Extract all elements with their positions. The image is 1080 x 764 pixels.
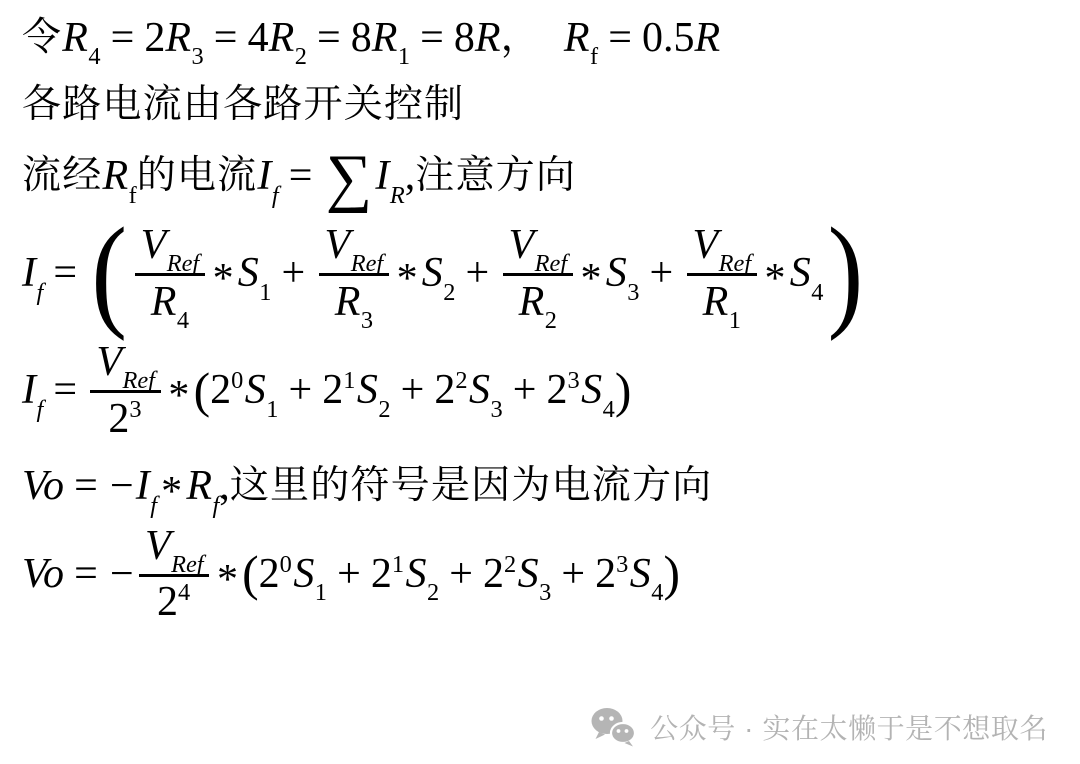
math-var-with-subscript: R1 (703, 277, 741, 327)
superscript: 1 (392, 551, 404, 578)
base: 2 (371, 551, 392, 597)
base: V (692, 222, 718, 268)
superscript: 3 (129, 396, 141, 423)
subscript: 1 (398, 43, 410, 70)
subscript: 2 (427, 579, 439, 606)
math-var-with-subscript: If (22, 247, 43, 300)
numerator: VRef (319, 220, 389, 273)
base: S (790, 250, 811, 296)
math-var-with-subscript: S4 (630, 548, 664, 601)
math-operator: = (289, 150, 313, 203)
denominator: R3 (329, 276, 379, 327)
superscript: 3 (616, 551, 628, 578)
math-operator: = (53, 364, 77, 417)
subscript: 4 (177, 307, 189, 334)
math-var-with-subscript: VRef (145, 521, 204, 571)
superscript: 0 (231, 367, 243, 394)
math-var-with-subscript: S2 (422, 247, 456, 300)
math-text: , (219, 460, 230, 513)
subscript: Ref (167, 250, 199, 277)
base: 2 (595, 551, 616, 597)
chinese-text: ， (501, 14, 541, 63)
base: 2 (108, 396, 129, 442)
fraction: VRefR2 (503, 220, 573, 327)
subscript: f (590, 43, 598, 70)
formula-if-binary-weighted: If=VRef23*(20S1+21S2+22S3+23S4) (22, 337, 1056, 444)
subscript: f (150, 492, 157, 519)
multiply-operator: * (161, 466, 182, 519)
base: S (581, 367, 602, 413)
wechat-icon (588, 706, 640, 748)
fraction: VRefR4 (135, 220, 205, 327)
math-num-with-superscript: 23 (547, 364, 582, 417)
math-var-with-subscript: VRef (692, 220, 751, 270)
watermark-footer: 公众号 · 实在太懒于是不想取名 (22, 706, 1056, 748)
paren: ( (242, 543, 259, 605)
math-operator: + (282, 247, 306, 300)
math-variable: R (475, 12, 501, 65)
base: R (62, 15, 88, 61)
fraction: VRefR1 (687, 220, 757, 327)
subscript: Ref (122, 367, 154, 394)
math-var-with-subscript: S2 (357, 364, 391, 417)
base: R (102, 153, 128, 199)
subscript: 2 (295, 43, 307, 70)
subscript: 3 (627, 279, 639, 306)
base: S (238, 250, 259, 296)
base: I (375, 153, 389, 199)
subscript: 1 (729, 307, 741, 334)
math-var-with-subscript: R1 (372, 12, 410, 65)
math-text: 8 (351, 12, 372, 65)
subscript: 3 (192, 43, 204, 70)
base: S (357, 367, 378, 413)
superscript: 2 (455, 367, 467, 394)
superscript: 4 (178, 579, 190, 606)
numerator: VRef (90, 337, 160, 390)
math-var-with-subscript: VRef (325, 220, 384, 270)
base: V (141, 222, 167, 268)
base: S (245, 367, 266, 413)
denominator: R4 (145, 276, 195, 327)
math-operator: + (466, 247, 490, 300)
math-text: , (405, 150, 416, 203)
base: R (519, 279, 545, 325)
math-operator: = (317, 12, 341, 65)
base: R (186, 463, 212, 509)
line-current-controlled-by-switches: 各路电流由各路开关控制 (22, 81, 1056, 130)
math-num-with-superscript: 21 (371, 548, 406, 601)
subscript: 4 (651, 579, 663, 606)
subscript: 4 (88, 43, 100, 70)
base: S (469, 367, 490, 413)
subscript: f (36, 279, 43, 306)
denominator: 24 (151, 577, 197, 628)
math-text: 8 (454, 12, 475, 65)
fraction: VRefR3 (319, 220, 389, 327)
math-var-with-subscript: R3 (335, 277, 373, 327)
math-var-with-subscript: If (136, 460, 157, 513)
base: V (96, 339, 122, 385)
superscript: 3 (568, 367, 580, 394)
chinese-text: 流经 (22, 152, 102, 201)
multiply-operator: * (581, 253, 602, 306)
subscript: 3 (539, 579, 551, 606)
multiply-operator: * (217, 554, 238, 607)
base: S (606, 250, 627, 296)
subscript: f (36, 396, 43, 423)
math-var-with-subscript: If (257, 150, 278, 203)
superscript: 0 (280, 551, 292, 578)
base: R (372, 15, 398, 61)
big-paren: ) (828, 220, 864, 327)
math-var-with-subscript: R3 (165, 12, 203, 65)
subscript: Ref (535, 250, 567, 277)
subscript: Ref (719, 250, 751, 277)
base: S (293, 551, 314, 597)
base: R (151, 279, 177, 325)
base: 2 (157, 579, 178, 625)
numerator: VRef (135, 220, 205, 273)
subscript: 1 (315, 579, 327, 606)
numerator: VRef (139, 521, 209, 574)
math-var-with-subscript: Rf (564, 12, 598, 65)
math-operator: = (74, 548, 98, 601)
base: I (136, 463, 150, 509)
math-num-with-superscript: 21 (322, 364, 357, 417)
math-num-with-superscript: 23 (108, 394, 143, 444)
math-var-with-subscript: S2 (405, 548, 439, 601)
math-operator: + (401, 364, 425, 417)
base: R (564, 15, 590, 61)
math-var-with-subscript: If (22, 364, 43, 417)
math-var-with-subscript: S4 (581, 364, 615, 417)
big-paren: ( (91, 220, 127, 327)
base: R (269, 15, 295, 61)
slide-page: 令R4=2R3=4R2=8R1=8R，Rf=0.5R 各路电流由各路开关控制 流… (0, 0, 1080, 764)
paren: ) (663, 543, 680, 605)
fraction: VRef23 (90, 337, 160, 444)
formula-vo-final: Vo=−VRef24*(20S1+21S2+22S3+23S4) (22, 521, 1056, 628)
math-var-with-subscript: S1 (245, 364, 279, 417)
math-var-with-subscript: S3 (469, 364, 503, 417)
base: S (630, 551, 651, 597)
chinese-text: 的电流 (137, 152, 258, 201)
math-var-with-subscript: S4 (790, 247, 824, 300)
subscript: f (213, 492, 220, 519)
math-operator: = (420, 12, 444, 65)
math-var-with-subscript: Rf (102, 150, 136, 203)
base: V (145, 523, 171, 569)
math-operator: = (111, 12, 135, 65)
base: V (325, 222, 351, 268)
subscript: 2 (443, 279, 455, 306)
math-variable: R (694, 12, 720, 65)
math-num-with-superscript: 24 (157, 577, 192, 627)
base: 2 (259, 551, 280, 597)
math-var-with-subscript: S1 (238, 247, 272, 300)
multiply-operator: * (765, 253, 786, 306)
math-operator: = (608, 12, 632, 65)
math-num-with-superscript: 23 (595, 548, 630, 601)
line-current-through-rf-sum: 流经Rf的电流If=∑IR,注意方向 (22, 147, 1056, 206)
subscript: Ref (171, 551, 203, 578)
fraction: VRef24 (139, 521, 209, 628)
math-operator: + (288, 364, 312, 417)
subscript: 2 (378, 396, 390, 423)
subscript: 1 (259, 279, 271, 306)
chinese-text: 各路电流由各路开关控制 (22, 81, 464, 130)
math-text: 4 (248, 12, 269, 65)
watermark-text: 公众号 · 实在太懒于是不想取名 (650, 707, 1048, 747)
math-var-with-subscript: VRef (509, 220, 568, 270)
math-var-with-subscript: R4 (62, 12, 100, 65)
math-num-with-superscript: 22 (434, 364, 469, 417)
math-operator: = (53, 247, 77, 300)
math-var-with-subscript: VRef (141, 220, 200, 270)
subscript: 3 (491, 396, 503, 423)
multiply-operator: * (397, 253, 418, 306)
subscript: f (272, 182, 279, 209)
subscript: R (390, 182, 405, 209)
base: S (405, 551, 426, 597)
line-vo-sign-explanation: Vo=−If*Rf,这里的符号是因为电流方向 (22, 460, 1056, 513)
base: I (22, 367, 36, 413)
math-num-with-superscript: 20 (259, 548, 294, 601)
multiply-operator: * (168, 370, 189, 423)
math-operator: + (449, 548, 473, 601)
base: 2 (434, 367, 455, 413)
math-operator: = (74, 460, 98, 513)
math-operator: = (214, 12, 238, 65)
multiply-operator: * (213, 253, 234, 306)
math-text: − (110, 460, 134, 513)
math-operator: + (337, 548, 361, 601)
chinese-text: 这里的符号是因为电流方向 (230, 462, 713, 511)
formula-if-expanded: If=(VRefR4*S1+VRefR3*S2+VRefR2*S3+VRefR1… (22, 220, 1056, 327)
paren: ( (194, 360, 211, 422)
subscript: Ref (351, 250, 383, 277)
math-var-with-subscript: S1 (293, 548, 327, 601)
math-text: − (110, 548, 134, 601)
superscript: 1 (343, 367, 355, 394)
math-var-with-subscript: S3 (606, 247, 640, 300)
base: V (509, 222, 535, 268)
base: R (335, 279, 361, 325)
math-num-with-superscript: 20 (210, 364, 245, 417)
base: I (22, 250, 36, 296)
subscript: 2 (545, 307, 557, 334)
base: I (257, 153, 271, 199)
numerator: VRef (503, 220, 573, 273)
subscript: f (129, 182, 137, 209)
math-var-with-subscript: S3 (518, 548, 552, 601)
numerator: VRef (687, 220, 757, 273)
summation-symbol: ∑ (326, 149, 372, 208)
base: 2 (547, 367, 568, 413)
subscript: 3 (361, 307, 373, 334)
base: 2 (483, 551, 504, 597)
math-var-with-subscript: Rf (186, 460, 219, 513)
base: 2 (322, 367, 343, 413)
math-var-with-subscript: VRef (96, 337, 155, 387)
math-operator: + (513, 364, 537, 417)
math-var-with-subscript: IR (375, 150, 404, 203)
subscript: 4 (603, 396, 615, 423)
base: R (703, 279, 729, 325)
base: 2 (210, 367, 231, 413)
subscript: 4 (811, 279, 823, 306)
chinese-text: 注意方向 (415, 152, 576, 201)
math-text: 0.5 (642, 12, 695, 65)
denominator: R1 (697, 276, 747, 327)
math-variable: Vo (22, 548, 64, 601)
math-operator: + (561, 548, 585, 601)
math-num-with-superscript: 22 (483, 548, 518, 601)
math-var-with-subscript: R4 (151, 277, 189, 327)
math-var-with-subscript: R2 (519, 277, 557, 327)
base: S (518, 551, 539, 597)
chinese-text: 令 (22, 14, 62, 63)
math-operator: + (649, 247, 673, 300)
math-var-with-subscript: R2 (269, 12, 307, 65)
math-variable: Vo (22, 460, 64, 513)
denominator: 23 (102, 393, 148, 444)
base: S (422, 250, 443, 296)
paren: ) (615, 360, 632, 422)
denominator: R2 (513, 276, 563, 327)
math-text: 2 (144, 12, 165, 65)
superscript: 2 (504, 551, 516, 578)
subscript: 1 (266, 396, 278, 423)
line-given-resistor-relations: 令R4=2R3=4R2=8R1=8R，Rf=0.5R (22, 12, 1056, 65)
base: R (165, 15, 191, 61)
